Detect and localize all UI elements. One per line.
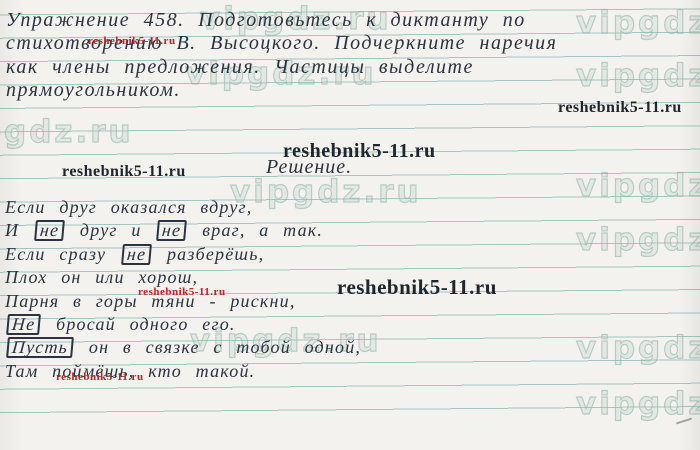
poem: Если друг оказался вдруг,И не друг и не … [5,196,361,383]
notebook-page: vipgdz.ruvipgdz.ruvipgdz.ruvipgdz.ruvipg… [0,0,700,450]
poem-line: Плох он или хорош, [5,266,361,289]
poem-text: разберёшь, [153,244,264,264]
poem-text: друг и [66,220,155,240]
solution-heading: Решение. [266,156,352,179]
poem-text: Парня в горы тяни - рискни, [5,291,296,311]
poem-line: Если сразу не разберёшь, [5,243,361,266]
pen-mark [676,418,692,425]
poem-text: он в связке с тобой одной, [75,337,361,357]
poem-line: Если друг оказался вдруг, [5,196,361,219]
task-line: как члены предложения. Частицы выделите [6,56,698,79]
poem-text: бросай одного его. [42,314,235,334]
poem-line: Парня в горы тяни - рискни, [5,290,361,313]
poem-line: Там поймёшь, кто такой. [5,360,361,383]
task-line: прямоугольником. [6,79,698,102]
particle-box: Пусть [6,337,74,358]
poem-text: Плох он или хорош, [5,267,198,287]
particle-box: не [121,244,152,265]
poem-line: Не бросай одного его. [5,313,361,336]
poem-text: враг, а так. [189,220,324,240]
poem-text: Если сразу [5,244,120,264]
poem-text: Если друг оказался вдруг, [5,197,252,217]
particle-box: не [156,220,187,241]
particle-box: Не [6,314,41,335]
task-text: Упражнение 458. Подготовьтесь к диктанту… [6,9,698,103]
poem-text: И [5,220,33,240]
task-line: Упражнение 458. Подготовьтесь к диктанту… [6,9,698,32]
task-line: стихотворению В. Высоцкого. Подчеркните … [6,32,698,55]
poem-line: И не друг и не враг, а так. [5,219,361,242]
particle-box: не [34,220,65,241]
poem-line: Пусть он в связке с тобой одной, [5,336,361,359]
poem-text: Там поймёшь, кто такой. [5,361,255,381]
